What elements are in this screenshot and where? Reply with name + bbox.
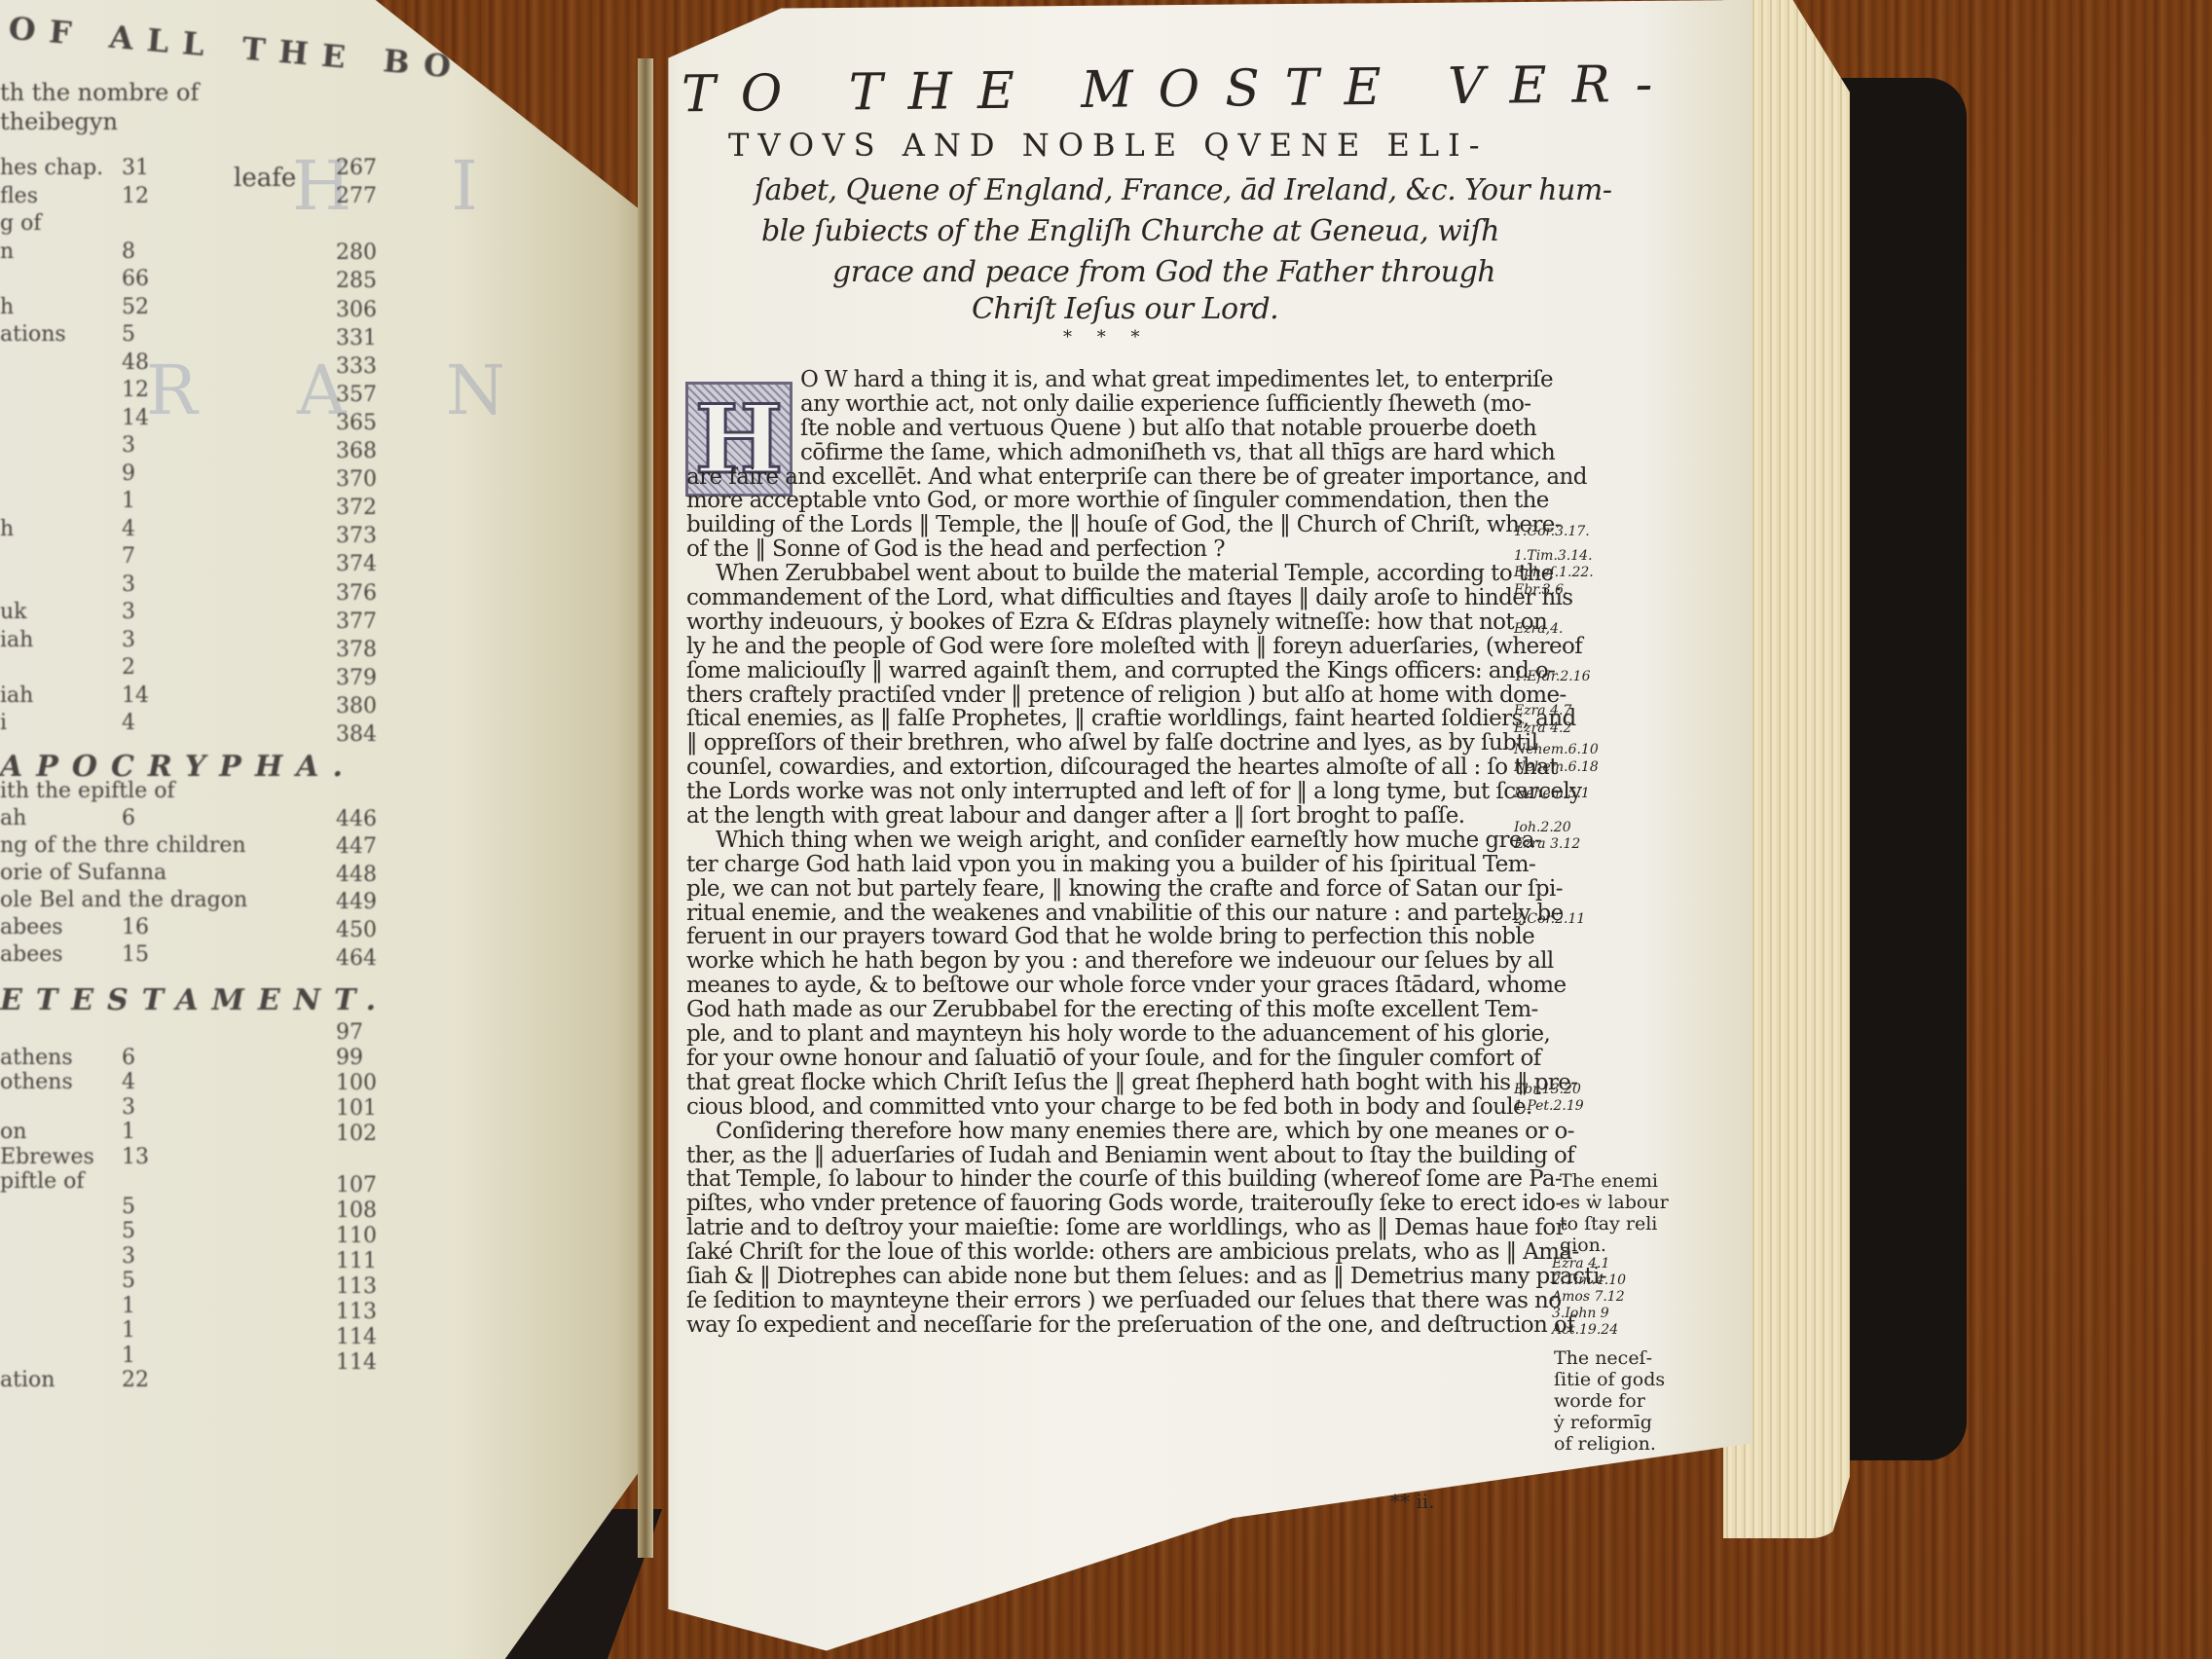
contents-chapter-count: 12 — [122, 378, 149, 402]
contents-leaf-number: 102 — [336, 1122, 377, 1146]
contents-book-name: ation — [0, 1368, 55, 1392]
contents-chapter-count: 1 — [122, 489, 135, 513]
contents-leaf-number: 101 — [336, 1096, 377, 1121]
contents-book-name: n — [0, 240, 14, 264]
scripture-reference: Ezra 4.7 — [1514, 703, 1571, 719]
book-gutter — [638, 58, 653, 1558]
contents-leaf-number: 384 — [336, 722, 377, 747]
contents-leaf-number: 333 — [336, 354, 377, 379]
text-line: any worthie act, not only dailie experie… — [686, 392, 1504, 417]
contents-chapter-count: 3 — [122, 572, 135, 597]
scripture-reference: 2.Tim.4.10 — [1552, 1272, 1626, 1289]
scripture-reference: Ezra,4. — [1514, 621, 1563, 638]
contents-leaf-number: 306 — [336, 298, 377, 322]
scripture-reference: Ebr.13.20 — [1514, 1082, 1581, 1098]
contents-leaf-number: 464 — [336, 946, 377, 971]
dedication-body-text: O W hard a thing it is, and what great i… — [686, 368, 1504, 1338]
text-line: ſome maliciouſly ‖ warred againſt them, … — [686, 659, 1504, 683]
contents-leaf-number: 447 — [336, 834, 377, 859]
contents-leaf-number: 380 — [336, 694, 377, 719]
text-line: that great flocke which Chriſt Ieſus the… — [686, 1071, 1504, 1095]
text-line: feruent in our prayers toward God that h… — [686, 925, 1504, 949]
text-line: ritual enemie, and the weakenes and vnab… — [686, 902, 1504, 926]
contents-book-name: iah — [0, 683, 33, 708]
text-line: way ſo expedient and neceſſarie for the … — [686, 1313, 1504, 1338]
contents-leaf-number: 368 — [336, 439, 377, 463]
contents-chapter-count: 66 — [122, 267, 149, 291]
text-line: O W hard a thing it is, and what great i… — [686, 368, 1504, 392]
contents-chapter-count: 1 — [122, 1120, 135, 1144]
contents-book-name: ah — [0, 806, 26, 830]
contents-chapter-count: 14 — [122, 406, 149, 430]
show-through-text: H I — [292, 146, 517, 226]
contents-chapter-count: 5 — [122, 1219, 135, 1243]
contents-book-name: uk — [0, 600, 27, 624]
margin-gloss-line: worde for — [1554, 1390, 1665, 1412]
contents-book-name: iah — [0, 628, 33, 652]
contents-book-name: orie of Sufanna — [0, 861, 166, 885]
leaf-column-label: leafe — [234, 164, 296, 193]
scripture-reference: Nehem.6.10 — [1514, 742, 1599, 758]
contents-book-name: athens — [0, 1046, 73, 1070]
subheading-line: theibegyn — [0, 107, 199, 136]
contents-leaf-number: 114 — [336, 1325, 377, 1349]
contents-leaf-number: 277 — [336, 184, 377, 208]
left-page: H I R A N OF ALL THE BO th the nombre of… — [0, 0, 647, 1659]
ornament-asterisms: * * * — [1063, 327, 1149, 348]
contents-chapter-count: 22 — [122, 1368, 149, 1392]
dedication-subtitle-line: Chriſt Ieſus our Lord. — [972, 292, 1278, 326]
contents-book-name: h — [0, 517, 14, 541]
contents-chapter-count: 6 — [122, 1046, 135, 1070]
contents-heading: OF ALL THE BO — [7, 10, 465, 87]
text-line: cious blood, and committed vnto your cha… — [686, 1095, 1504, 1120]
text-line: thers craftely practiſed vnder ‖ pretenc… — [686, 683, 1504, 708]
contents-chapter-count: 6 — [122, 806, 135, 830]
subheading-line: th the nombre of — [0, 78, 199, 107]
text-line: When Zerubbabel went about to builde the… — [686, 562, 1504, 586]
contents-chapter-count: 13 — [122, 1145, 149, 1169]
text-line: God hath made as our Zerubbabel for the … — [686, 998, 1504, 1022]
margin-gloss-line: of religion. — [1554, 1433, 1665, 1455]
scripture-reference: 1.Tim.3.14. — [1514, 548, 1593, 565]
contents-chapter-count: 3 — [122, 1095, 135, 1120]
contents-chapter-count: 2 — [122, 655, 135, 680]
margin-gloss-enemies: The enemies ẇ labourto ſtay religion. — [1560, 1170, 1669, 1256]
scripture-reference: Ioh.2.20 — [1514, 820, 1571, 836]
contents-leaf-number: 372 — [336, 496, 377, 520]
contents-book-name: ith the epiftle of — [0, 779, 175, 803]
dedication-title-line-2: TVOVS AND NOBLE QVENE ELI- — [728, 127, 1489, 164]
scripture-reference: Ezra 4.1 — [1552, 1256, 1626, 1272]
scripture-reference: Ezra 3.12 — [1514, 836, 1580, 853]
text-line: ſaké Chriſt for the loue of this worlde:… — [686, 1240, 1504, 1265]
text-line: at the length with great labour and dang… — [686, 804, 1504, 829]
contents-chapter-count: 5 — [122, 1269, 135, 1293]
contents-chapter-count: 9 — [122, 461, 135, 486]
contents-chapter-count: 1 — [122, 1318, 135, 1343]
margin-gloss-line: gion. — [1560, 1235, 1669, 1256]
text-line: of the ‖ Sonne of God is the head and pe… — [686, 537, 1504, 562]
margin-gloss-line: ẏ reformīg — [1554, 1412, 1665, 1433]
contents-book-name: fles — [0, 184, 38, 208]
margin-gloss-line: to ſtay reli — [1560, 1213, 1669, 1235]
dedication-subtitle-line: grace and peace from God the Father thro… — [832, 255, 1495, 289]
contents-chapter-count: 3 — [122, 600, 135, 624]
contents-book-name: g of — [0, 211, 41, 236]
contents-chapter-count: 3 — [122, 1244, 135, 1269]
contents-subheading: th the nombre of theibegyn — [0, 78, 199, 136]
scripture-reference: Act.19.24 — [1552, 1322, 1626, 1339]
contents-leaf-number: 285 — [336, 269, 377, 293]
text-line: worke which he hath begon by you : and t… — [686, 949, 1504, 974]
text-line: Conſidering therefore how many enemies t… — [686, 1120, 1504, 1144]
text-line: piſtes, who vnder pretence of fauoring G… — [686, 1192, 1504, 1216]
contents-leaf-number: 373 — [336, 524, 377, 548]
text-line: ‖ oppreſſors of their brethren, who aſwe… — [686, 731, 1504, 756]
contents-leaf-number: 450 — [336, 918, 377, 942]
contents-chapter-count: 5 — [122, 1195, 135, 1219]
dedication-title-line-1: TO THE MOSTE VER- — [682, 55, 1678, 125]
contents-chapter-count: 7 — [122, 544, 135, 569]
contents-leaf-number: 365 — [336, 411, 377, 435]
contents-book-name: piftle of — [0, 1169, 85, 1194]
contents-leaf-number: 113 — [336, 1300, 377, 1324]
text-line: ſe ſedition to maynteyne their errors ) … — [686, 1289, 1504, 1313]
contents-chapter-count: 12 — [122, 184, 149, 208]
scripture-reference: Epheſ.1.22. — [1514, 565, 1594, 581]
text-line: ſiah & ‖ Diotrephes can abide none but t… — [686, 1265, 1504, 1289]
scripture-reference: Nehem.5.1 — [1514, 786, 1590, 802]
contents-chapter-count: 4 — [122, 1070, 135, 1094]
contents-leaf-number: 357 — [336, 383, 377, 407]
scripture-reference: Amos 7.12 — [1552, 1289, 1626, 1306]
margin-gloss-line: The neceſ- — [1554, 1347, 1665, 1369]
text-line: the Lords worke was not only interrupted… — [686, 780, 1504, 804]
contents-book-name: Ebrewes — [0, 1145, 94, 1169]
contents-leaf-number: 378 — [336, 638, 377, 662]
contents-book-name: i — [0, 711, 7, 735]
contents-leaf-number: 100 — [336, 1071, 377, 1095]
contents-chapter-count: 48 — [122, 350, 149, 375]
scripture-reference: 2.Cor.2.11 — [1514, 911, 1585, 928]
scripture-reference: 1.Eſdr.2.16 — [1514, 669, 1591, 685]
contents-leaf-number: 99 — [336, 1046, 363, 1070]
text-line: cōfirme the ſame, which admoniſheth vs, … — [686, 441, 1504, 465]
contents-chapter-count: 16 — [122, 915, 149, 940]
new-testament-heading: ETESTAMENT. — [0, 983, 389, 1017]
scripture-reference: 1.Cor.3.17. — [1514, 524, 1590, 540]
contents-book-name: abees — [0, 915, 63, 940]
text-line: meanes to ayde, & to beſtowe our whole f… — [686, 974, 1504, 998]
margin-notes-second: Ezra 4.12.Tim.4.10Amos 7.123.Iohn 9Act.1… — [1552, 1256, 1626, 1339]
contents-leaf-number: 379 — [336, 666, 377, 690]
text-line: worthy indeuours, ẏ bookes of Ezra & Eſd… — [686, 610, 1504, 635]
contents-chapter-count: 8 — [122, 240, 135, 264]
contents-leaf-number: 108 — [336, 1198, 377, 1223]
text-line: that Temple, ſo labour to hinder the cou… — [686, 1167, 1504, 1192]
margin-gloss-line: es ẇ labour — [1560, 1192, 1669, 1213]
contents-leaf-number: 448 — [336, 863, 377, 887]
text-line: ter charge God hath laid vpon you in mak… — [686, 853, 1504, 877]
contents-leaf-number: 111 — [336, 1249, 377, 1273]
text-line: commandement of the Lord, what difficult… — [686, 586, 1504, 610]
contents-book-name: othens — [0, 1070, 73, 1094]
text-line: ple, we can not but partely feare, ‖ kno… — [686, 877, 1504, 902]
contents-chapter-count: 31 — [122, 156, 149, 180]
text-line: ther, as the ‖ aduerſaries of Iudah and … — [686, 1144, 1504, 1168]
contents-chapter-count: 3 — [122, 628, 135, 652]
contents-chapter-count: 3 — [122, 433, 135, 458]
dedication-subtitle-line: ble ſubiects of the Engliſh Churche at G… — [761, 214, 1499, 248]
contents-book-name: h — [0, 295, 14, 319]
text-line: more acceptable vnto God, or more worthi… — [686, 489, 1504, 513]
contents-chapter-count: 4 — [122, 711, 135, 735]
contents-leaf-number: 113 — [336, 1274, 377, 1299]
text-line: ple, and to plant and maynteyn his holy … — [686, 1022, 1504, 1047]
contents-leaf-number: 280 — [336, 240, 377, 265]
text-line: ſtical enemies, as ‖ falſe Prophetes, ‖ … — [686, 707, 1504, 731]
scripture-reference: Nehem.6.18 — [1514, 759, 1599, 776]
scripture-reference: Ebr.3.6. — [1514, 582, 1568, 599]
contents-leaf-number: 370 — [336, 467, 377, 492]
contents-leaf-number: 110 — [336, 1224, 377, 1248]
margin-gloss-line: The enemi — [1560, 1170, 1669, 1192]
contents-book-name: ole Bel and the dragon — [0, 888, 247, 912]
text-line: are faire and excellēt. And what enterpr… — [686, 465, 1504, 490]
contents-leaf-number: 331 — [336, 326, 377, 350]
contents-book-name: abees — [0, 942, 63, 967]
contents-leaf-number: 114 — [336, 1350, 377, 1375]
contents-leaf-number: 267 — [336, 156, 377, 180]
contents-chapter-count: 4 — [122, 517, 135, 541]
text-line: building of the Lords ‖ Temple, the ‖ ho… — [686, 513, 1504, 537]
text-line: Which thing when we weigh aright, and co… — [686, 829, 1504, 853]
contents-chapter-count: 1 — [122, 1344, 135, 1368]
contents-book-name: hes chap. — [0, 156, 103, 180]
contents-chapter-count: 52 — [122, 295, 149, 319]
contents-chapter-count: 14 — [122, 683, 149, 708]
text-line: counſel, cowardies, and extortion, diſco… — [686, 756, 1504, 780]
contents-leaf-number: 377 — [336, 609, 377, 634]
margin-gloss-necessity: The neceſ-ſitie of godsworde forẏ reform… — [1554, 1347, 1665, 1455]
text-line: for your owne honour and ſaluatiō of you… — [686, 1047, 1504, 1071]
contents-book-name: on — [0, 1120, 26, 1144]
signature-mark: ** ii. — [1390, 1490, 1435, 1513]
dedication-subtitle-line: ſabet, Quene of England, France, ād Irel… — [755, 173, 1611, 207]
text-line: ſte noble and vertuous Quene ) but alſo … — [686, 417, 1504, 441]
scripture-reference: 1.Pet.2.19 — [1514, 1098, 1584, 1115]
contents-chapter-count: 15 — [122, 942, 149, 967]
contents-chapter-count: 1 — [122, 1294, 135, 1318]
text-line: ly he and the people of God were ſore mo… — [686, 635, 1504, 659]
contents-leaf-number: 449 — [336, 890, 377, 914]
contents-leaf-number: 376 — [336, 581, 377, 606]
contents-leaf-number: 97 — [336, 1020, 363, 1045]
scripture-reference: 3.Iohn 9 — [1552, 1306, 1626, 1322]
text-line: latrie and to deſtroy your maieſtie: ſom… — [686, 1216, 1504, 1240]
contents-book-name: ations — [0, 322, 66, 347]
scripture-reference: Ezra 4.2 — [1514, 720, 1571, 737]
margin-gloss-line: ſitie of gods — [1554, 1369, 1665, 1390]
contents-leaf-number: 107 — [336, 1173, 377, 1198]
contents-leaf-number: 374 — [336, 552, 377, 576]
contents-chapter-count: 5 — [122, 322, 135, 347]
contents-book-name: ng of the thre children — [0, 833, 246, 858]
contents-leaf-number: 446 — [336, 807, 377, 831]
